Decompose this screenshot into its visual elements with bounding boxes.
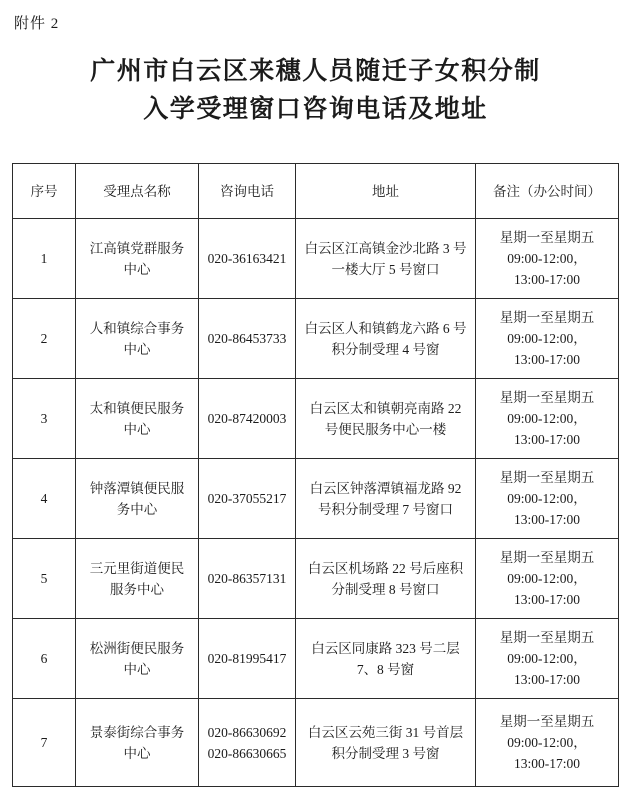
cell-name: 景泰街综合事务中心	[76, 699, 199, 787]
cell-remark: 星期一至星期五 09:00-12:00， 13:00-17:00	[476, 539, 619, 619]
table-row: 3 太和镇便民服务中心 020-87420003 白云区太和镇朝亮南路 22 号…	[13, 379, 619, 459]
cell-phone: 020-36163421	[199, 219, 296, 299]
cell-name: 江高镇党群服务中心	[76, 219, 199, 299]
table-row: 2 人和镇综合事务中心 020-86453733 白云区人和镇鹤龙六路 6 号积…	[13, 299, 619, 379]
cell-address: 白云区机场路 22 号后座积分制受理 8 号窗口	[296, 539, 476, 619]
cell-address: 白云区太和镇朝亮南路 22 号便民服务中心一楼	[296, 379, 476, 459]
cell-remark: 星期一至星期五 09:00-12:00， 13:00-17:00	[476, 699, 619, 787]
cell-address: 白云区云苑三街 31 号首层积分制受理 3 号窗	[296, 699, 476, 787]
header-name: 受理点名称	[76, 164, 199, 219]
document-title-line2: 入学受理窗口咨询电话及地址	[0, 91, 631, 129]
cell-name: 太和镇便民服务中心	[76, 379, 199, 459]
cell-no: 5	[13, 539, 76, 619]
header-remark: 备注（办公时间）	[476, 164, 619, 219]
cell-no: 7	[13, 699, 76, 787]
cell-remark: 星期一至星期五 09:00-12:00， 13:00-17:00	[476, 459, 619, 539]
table-row: 7 景泰街综合事务中心 020-86630692 020-86630665 白云…	[13, 699, 619, 787]
cell-no: 6	[13, 619, 76, 699]
cell-address: 白云区钟落潭镇福龙路 92 号积分制受理 7 号窗口	[296, 459, 476, 539]
document-title-line1: 广州市白云区来穗人员随迁子女积分制	[0, 53, 631, 91]
table-row: 4 钟落潭镇便民服务中心 020-37055217 白云区钟落潭镇福龙路 92 …	[13, 459, 619, 539]
attachment-label: 附件 2	[14, 12, 631, 33]
document-page: 附件 2 广州市白云区来穗人员随迁子女积分制 入学受理窗口咨询电话及地址 序号 …	[0, 0, 631, 803]
cell-name: 三元里街道便民服务中心	[76, 539, 199, 619]
cell-address: 白云区同康路 323 号二层 7、8 号窗	[296, 619, 476, 699]
cell-no: 1	[13, 219, 76, 299]
header-no: 序号	[13, 164, 76, 219]
table-row: 6 松洲街便民服务中心 020-81995417 白云区同康路 323 号二层 …	[13, 619, 619, 699]
contact-table: 序号 受理点名称 咨询电话 地址 备注（办公时间） 1 江高镇党群服务中心 02…	[12, 163, 619, 787]
cell-name: 松洲街便民服务中心	[76, 619, 199, 699]
cell-remark: 星期一至星期五 09:00-12:00， 13:00-17:00	[476, 219, 619, 299]
cell-phone: 020-86630692 020-86630665	[199, 699, 296, 787]
cell-phone: 020-87420003	[199, 379, 296, 459]
table-row: 1 江高镇党群服务中心 020-36163421 白云区江高镇金沙北路 3 号一…	[13, 219, 619, 299]
cell-no: 3	[13, 379, 76, 459]
table-row: 5 三元里街道便民服务中心 020-86357131 白云区机场路 22 号后座…	[13, 539, 619, 619]
table-header-row: 序号 受理点名称 咨询电话 地址 备注（办公时间）	[13, 164, 619, 219]
cell-remark: 星期一至星期五 09:00-12:00， 13:00-17:00	[476, 299, 619, 379]
document-title: 广州市白云区来穗人员随迁子女积分制 入学受理窗口咨询电话及地址	[0, 53, 631, 129]
cell-remark: 星期一至星期五 09:00-12:00， 13:00-17:00	[476, 379, 619, 459]
cell-phone: 020-86453733	[199, 299, 296, 379]
cell-address: 白云区人和镇鹤龙六路 6 号积分制受理 4 号窗	[296, 299, 476, 379]
cell-remark: 星期一至星期五 09:00-12:00， 13:00-17:00	[476, 619, 619, 699]
cell-phone: 020-37055217	[199, 459, 296, 539]
cell-no: 2	[13, 299, 76, 379]
cell-phone: 020-81995417	[199, 619, 296, 699]
cell-name: 钟落潭镇便民服务中心	[76, 459, 199, 539]
cell-address: 白云区江高镇金沙北路 3 号一楼大厅 5 号窗口	[296, 219, 476, 299]
cell-no: 4	[13, 459, 76, 539]
cell-name: 人和镇综合事务中心	[76, 299, 199, 379]
header-phone: 咨询电话	[199, 164, 296, 219]
cell-phone: 020-86357131	[199, 539, 296, 619]
header-address: 地址	[296, 164, 476, 219]
